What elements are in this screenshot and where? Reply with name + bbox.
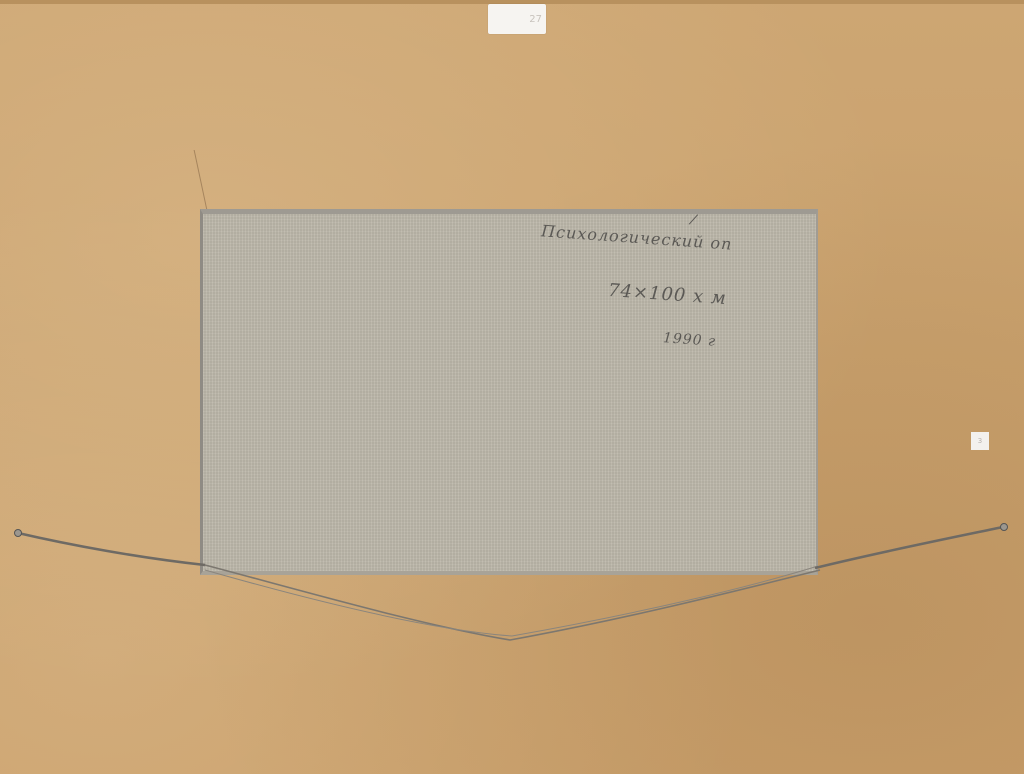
kraft-paper-backing: 27 3 / Психологический оп 74×100 х м 199…: [0, 0, 1024, 774]
right-screw-eye-icon: [1001, 524, 1008, 531]
hanging-wire: [0, 0, 1024, 774]
left-screw-eye-icon: [15, 530, 22, 537]
